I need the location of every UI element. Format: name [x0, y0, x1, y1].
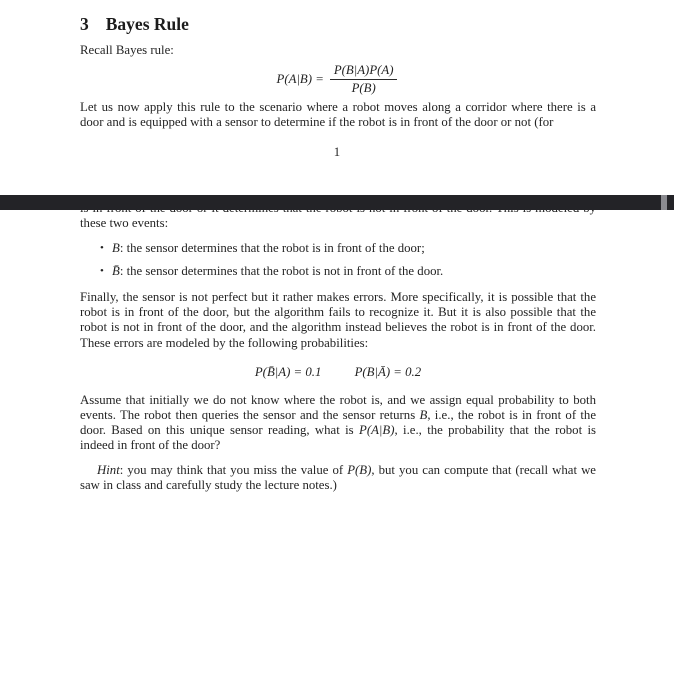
pdf-page-1: 3Bayes Rule Recall Bayes rule: P(A|B) = … — [0, 0, 674, 195]
list-item-text: B̄: the sensor determines that the robot… — [112, 264, 443, 279]
formula-lhs: P(A|B) = — [277, 72, 324, 87]
list-item: • B: the sensor determines that the robo… — [80, 241, 596, 256]
formula-fraction: P(B|A)P(A) P(B) — [330, 63, 398, 96]
equation: P(B|Ā) = 0.2 — [355, 365, 422, 379]
bullet-icon: • — [100, 241, 112, 256]
document-viewer: { "page1": { "section_number": "3", "sec… — [0, 0, 674, 700]
formula-denominator: P(B) — [352, 80, 376, 96]
body-paragraph: Finally, the sensor is not perfect but i… — [80, 290, 596, 351]
list-item: • B̄: the sensor determines that the rob… — [80, 264, 596, 279]
page-separator-bar — [0, 195, 674, 210]
error-probability-equations: P(B̄|A) = 0.1 P(B|Ā) = 0.2 — [80, 363, 596, 381]
equation: P(B̄|A) = 0.1 — [255, 365, 322, 379]
intro-text: Recall Bayes rule: — [80, 43, 596, 58]
body-paragraph: Assume that initially we do not know whe… — [80, 393, 596, 454]
bayes-rule-formula: P(A|B) = P(B|A)P(A) P(B) — [0, 60, 674, 98]
body-paragraph: Let us now apply this rule to the scenar… — [80, 100, 596, 130]
scrollbar-thumb[interactable] — [661, 195, 667, 210]
section-heading: 3Bayes Rule — [80, 0, 596, 35]
bullet-icon: • — [100, 264, 112, 279]
hint-paragraph: Hint: you may think that you miss the va… — [80, 463, 596, 493]
section-number: 3 — [80, 14, 89, 34]
list-item-text: B: the sensor determines that the robot … — [112, 241, 425, 256]
event-list-b: • B: the sensor determines that the robo… — [80, 241, 596, 279]
page-number: 1 — [0, 145, 674, 160]
formula-numerator: P(B|A)P(A) — [330, 63, 398, 80]
section-title: Bayes Rule — [106, 14, 189, 34]
